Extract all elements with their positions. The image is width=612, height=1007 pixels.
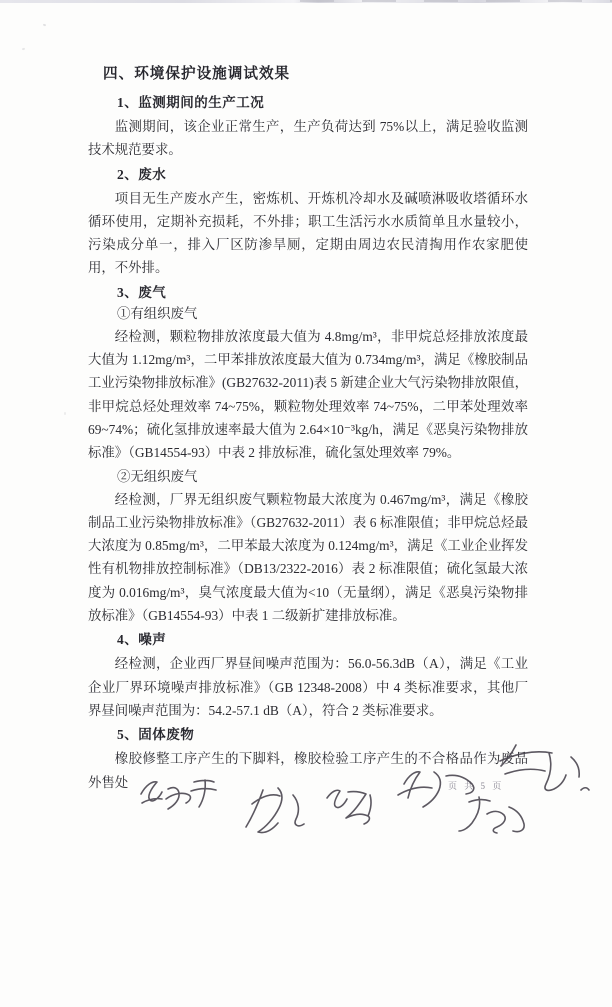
scan-speck <box>64 412 66 415</box>
section-heading-5-solid-waste: 5、固体废物 <box>117 726 528 743</box>
signature-3 <box>327 790 371 824</box>
paragraph-organized-exhaust: 经检测，颗粒物排放浓度最大值为 4.8mg/m³，非甲烷总烃排放浓度最大值为 1… <box>88 325 528 465</box>
document-content: 四、环境保护设施调试效果 1、监测期间的生产工况 监测期间，该企业正常生产，生产… <box>88 64 528 794</box>
section-heading-2-wastewater: 2、废水 <box>117 166 528 183</box>
paragraph-noise: 经检测，企业西厂界昼间噪声范围为：56.0-56.3dB（A），满足《工业企业厂… <box>88 652 528 722</box>
subheading-unorganized-exhaust: ②无组织废气 <box>117 468 528 485</box>
page-number: 页 共 5 页 <box>448 779 504 792</box>
section-heading-3-exhaust-gas: 3、废气 <box>117 284 528 301</box>
paragraph-wastewater: 项目无生产废水产生，密炼机、开炼机冷却水及碱喷淋吸收塔循环水循环使用，定期补充损… <box>88 187 528 280</box>
scan-speck <box>43 24 47 27</box>
paragraph-production: 监测期间，该企业正常生产，生产负荷达到 75%以上，满足验收监测技术规范要求。 <box>88 115 528 162</box>
section-heading-1-production: 1、监测期间的生产工况 <box>117 94 528 111</box>
scanned-document-page: 四、环境保护设施调试效果 1、监测期间的生产工况 监测期间，该企业正常生产，生产… <box>0 0 612 1007</box>
signature-2 <box>246 788 304 833</box>
paragraph-unorganized-exhaust: 经检测，厂界无组织废气颗粒物最大浓度为 0.467mg/m³，满足《橡胶制品工业… <box>88 488 528 628</box>
page-title: 四、环境保护设施调试效果 <box>103 64 528 84</box>
subheading-organized-exhaust: ①有组织废气 <box>117 305 528 322</box>
signature-li-ensi <box>459 797 524 833</box>
scan-speck <box>22 48 25 51</box>
section-heading-4-noise: 4、噪声 <box>117 631 528 648</box>
scan-edge-dashes <box>300 0 612 2</box>
